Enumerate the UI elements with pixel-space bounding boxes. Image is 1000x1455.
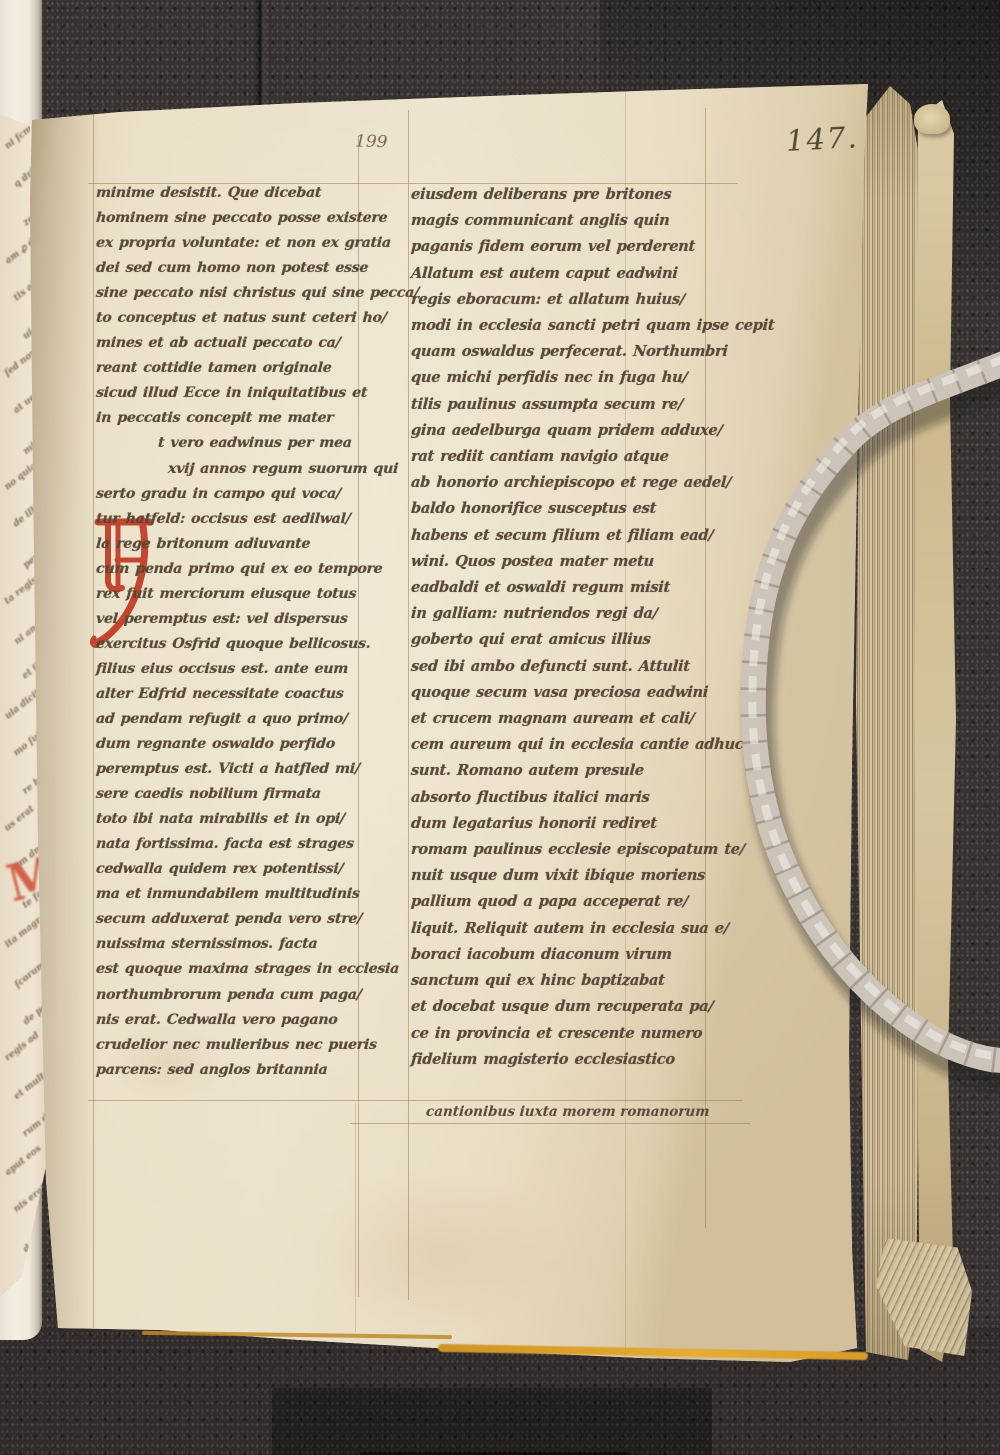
- manuscript-line: eadbaldi et oswaldi regum misit: [410, 575, 708, 601]
- foam-step-shadow: [272, 1388, 712, 1455]
- manuscript-page: 199 147. minime desistit. Que dicebathom…: [28, 82, 870, 1366]
- parchment-crease-2: [355, 1102, 356, 1332]
- manuscript-line: est quoque maxima strages in ecclesia: [95, 957, 351, 982]
- manuscript-line: habens et secum filium et filiam ead∕: [410, 523, 708, 549]
- manuscript-line: reant cottidie tamen originale: [95, 356, 351, 381]
- manuscript-line: ab honorio archiepiscopo et rege aedel∕: [410, 470, 708, 496]
- manuscript-line: exercitus Osfrid quoque bellicosus.: [95, 632, 351, 657]
- manuscript-line: filius eius occisus est. ante eum: [95, 657, 351, 682]
- facing-page-fragment: ta regis: [3, 575, 39, 607]
- manuscript-line: minime desistit. Que dicebat: [95, 181, 351, 206]
- manuscript-line: cem aureum qui in ecclesia cantie adhuc: [410, 732, 708, 758]
- facing-page-fragment: nis erat: [12, 1183, 49, 1215]
- ruling-line-left: [93, 112, 94, 1328]
- manuscript-line: fidelium magisterio ecclesiastico: [410, 1047, 708, 1073]
- manuscript-line: pallium quod a papa acceperat re∕: [410, 889, 708, 915]
- manuscript-line: parcens: sed anglos britannia: [95, 1058, 351, 1083]
- manuscript-line: cedwalla quidem rex potentissi∕: [95, 857, 351, 882]
- facing-page-fragment: aput eos: [3, 1144, 43, 1178]
- foam-block-seam: [254, 0, 268, 110]
- manuscript-line: northumbrorum penda cum paga∕: [95, 983, 351, 1008]
- manuscript-line: dei sed cum homo non potest esse: [95, 256, 351, 281]
- page-number-folio: 147.: [785, 120, 859, 158]
- manuscript-line: regis eboracum: et allatum huius∕: [410, 287, 708, 313]
- catchline: cantionibus iuxta morem romanorum: [425, 1104, 710, 1120]
- manuscript-line: gina aedelburga quam pridem adduxe∕: [410, 418, 708, 444]
- manuscript-line: et docebat usque dum recuperata pa∕: [410, 994, 708, 1020]
- ruling-line-bottom: [88, 1100, 743, 1101]
- text-column-right: eiusdem deliberans pre britonesmagis com…: [411, 182, 707, 1073]
- manuscript-line: sere caedis nobilium firmata: [95, 782, 351, 807]
- facing-page-fragment: regis ad: [3, 1031, 41, 1064]
- manuscript-line: nuit usque dum vixit ibique moriens: [410, 863, 708, 889]
- manuscript-line: in galliam: nutriendos regi da∕: [410, 601, 708, 627]
- manuscript-line: dum regnante oswaldo perfido: [95, 732, 351, 757]
- manuscript-line: ex propria voluntate: et non ex gratia: [95, 231, 351, 256]
- manuscript-line: Allatum est autem caput eadwini: [410, 261, 708, 287]
- manuscript-line: baldo honorifice susceptus est: [410, 496, 708, 522]
- facing-page-fragment: us erat: [3, 804, 37, 834]
- text-column-left: minime desistit. Que dicebathominem sine…: [96, 181, 350, 1083]
- manuscript-line: alter Edfrid necessitate coactus: [95, 682, 351, 707]
- manuscript-line: toto ibi nata mirabilis et in opi∕: [95, 807, 351, 832]
- manuscript-line: nata fortissima. facta est strages: [95, 832, 351, 857]
- manuscript-line: nuissima sternissimos. facta: [95, 932, 351, 957]
- manuscript-line: sed ibi ambo defuncti sunt. Attulit: [410, 654, 708, 680]
- photograph-of-manuscript: ni ſcm aq dris etze ſui noam ꝓ deitis al…: [0, 0, 1000, 1455]
- manuscript-line: rat rediit cantiam navigio atque: [410, 444, 708, 470]
- manuscript-line: magis communicant anglis quin: [410, 208, 708, 234]
- manuscript-line: hominem sine peccato posse existere: [95, 206, 351, 231]
- manuscript-line: peremptus est. Victi a hatfled mi∕: [95, 757, 351, 782]
- manuscript-line: cum penda primo qui ex eo tempore: [95, 557, 351, 582]
- manuscript-line: sanctum qui ex hinc baptizabat: [410, 968, 708, 994]
- manuscript-line: ma et inmundabilem multitudinis: [95, 882, 351, 907]
- manuscript-line: secum adduxerat penda vero stre∕: [95, 907, 351, 932]
- manuscript-line: modi in ecclesia sancti petri quam ipse …: [410, 313, 708, 339]
- manuscript-line: t vero eadwinus per mea: [95, 431, 351, 456]
- manuscript-line: liquit. Reliquit autem in ecclesia sua e…: [410, 916, 708, 942]
- manuscript-line: sicud illud Ecce in iniquitatibus et: [95, 381, 351, 406]
- facing-page-fragment: ita magr: [3, 916, 43, 950]
- manuscript-line: sunt. Romano autem presule: [410, 758, 708, 784]
- manuscript-line: in peccatis concepit me mater: [95, 406, 351, 431]
- manuscript-line: mines et ab actuali peccato ca∕: [95, 331, 351, 356]
- manuscript-line: absorto fluctibus italici maris: [410, 785, 708, 811]
- manuscript-line: eiusdem deliberans pre britones: [410, 182, 708, 208]
- manuscript-line: et crucem magnam auream et cali∕: [410, 706, 708, 732]
- ruling-line-bottom-2: [350, 1123, 750, 1124]
- manuscript-line: to conceptus et natus sunt ceteri ho∕: [95, 306, 351, 331]
- manuscript-line: la rege britonum adiuvante: [95, 532, 351, 557]
- manuscript-line: romam paulinus ecclesie episcopatum te∕: [410, 837, 708, 863]
- manuscript-line: que michi perfidis nec in fuga hu∕: [410, 365, 708, 391]
- manuscript-line: goberto qui erat amicus illius: [410, 627, 708, 653]
- manuscript-line: vel peremptus est: vel dispersus: [95, 607, 351, 632]
- manuscript-line: boraci iacobum diaconum virum: [410, 942, 708, 968]
- manuscript-line: ce in provincia et crescente numero: [410, 1021, 708, 1047]
- manuscript-line: quoque secum vasa preciosa eadwini: [410, 680, 708, 706]
- manuscript-line: dum legatarius honorii rediret: [410, 811, 708, 837]
- manuscript-line: xvij annos regum suorum qui: [95, 457, 351, 482]
- manuscript-line: nis erat. Cedwalla vero pagano: [95, 1008, 351, 1033]
- manuscript-line: sine peccato nisi christus qui sine pecc…: [95, 281, 351, 306]
- manuscript-line: tilis paulinus assumpta secum re∕: [410, 392, 708, 418]
- manuscript-line: rex fuit merciorum eiusque totus: [95, 582, 351, 607]
- cover-top-curl: [914, 104, 950, 134]
- manuscript-line: serto gradu in campo qui voca∕: [95, 482, 351, 507]
- page-number-quire: 199: [355, 131, 388, 152]
- manuscript-line: ad pendam refugit a quo primo∕: [95, 707, 351, 732]
- manuscript-line: paganis fidem eorum vel perderent: [410, 234, 708, 260]
- manuscript-line: wini. Quos postea mater metu: [410, 549, 708, 575]
- manuscript-line: crudelior nec mulieribus nec pueris: [95, 1033, 351, 1058]
- manuscript-line: quam oswaldus perfecerat. Northumbri: [410, 339, 708, 365]
- parchment-cover-edge: [912, 100, 958, 1368]
- manuscript-line: tur hatfeld: occisus est aedilwal∕: [95, 507, 351, 532]
